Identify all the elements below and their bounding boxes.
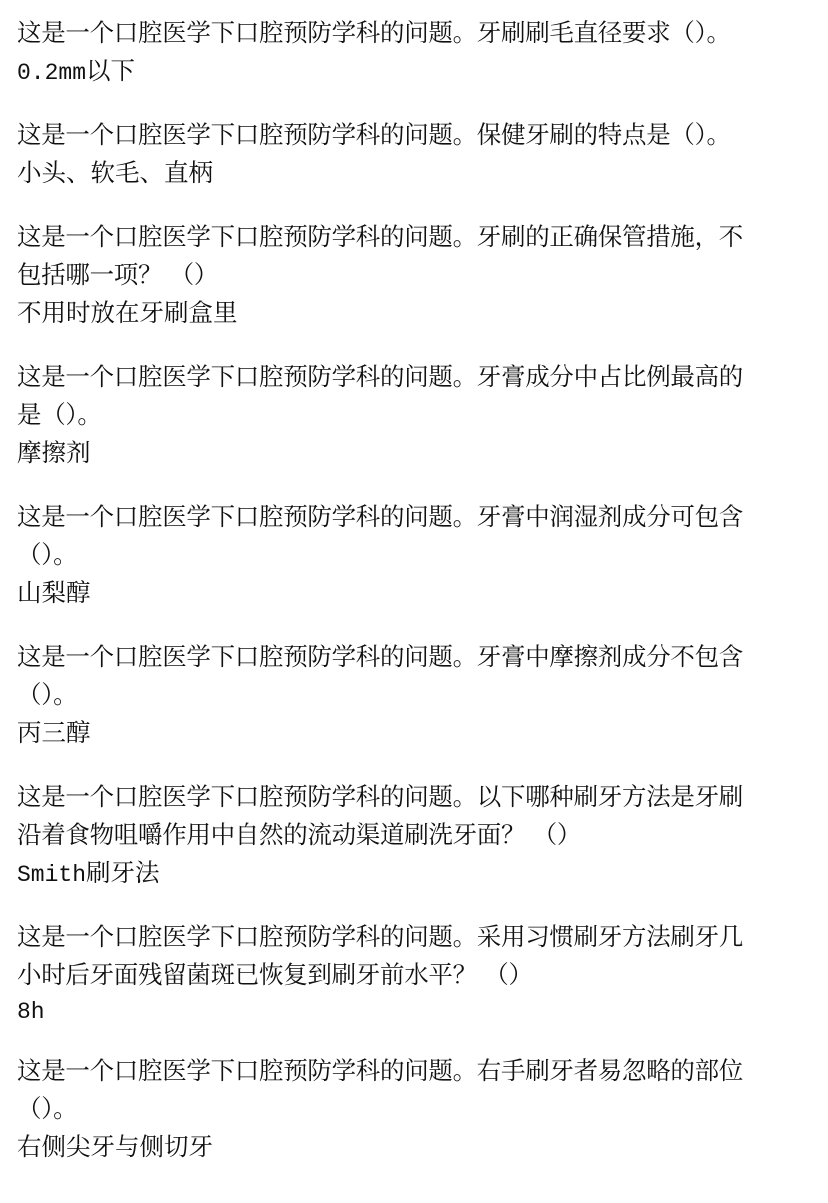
answer-mono-part: 8h bbox=[17, 999, 45, 1025]
spacer bbox=[17, 472, 817, 498]
qa-item-4: 这是一个口腔医学下口腔预防学科的问题。牙膏成分中占比例最高的 是（）。 摩擦剂 bbox=[17, 358, 817, 472]
qa-item-2: 这是一个口腔医学下口腔预防学科的问题。保健牙刷的特点是（）。 小头、软毛、直柄 bbox=[17, 116, 817, 192]
spacer bbox=[17, 892, 817, 918]
question-text: 这是一个口腔医学下口腔预防学科的问题。牙刷的正确保管措施，不 bbox=[17, 218, 817, 256]
answer-text: Smith刷牙法 bbox=[17, 854, 817, 892]
qa-item-3: 这是一个口腔医学下口腔预防学科的问题。牙刷的正确保管措施，不 包括哪一项？ （）… bbox=[17, 218, 817, 332]
qa-item-7: 这是一个口腔医学下口腔预防学科的问题。以下哪种刷牙方法是牙刷 沿着食物咀嚼作用中… bbox=[17, 778, 817, 892]
qa-item-1: 这是一个口腔医学下口腔预防学科的问题。牙刷刷毛直径要求（）。 0.2mm以下 bbox=[17, 14, 817, 90]
question-text-cont: （）。 bbox=[17, 676, 817, 714]
question-text-cont: 小时后牙面残留菌斑已恢复到刷牙前水平？ （） bbox=[17, 956, 817, 994]
spacer bbox=[17, 90, 817, 116]
qa-document: 这是一个口腔医学下口腔预防学科的问题。牙刷刷毛直径要求（）。 0.2mm以下 这… bbox=[17, 14, 817, 1166]
answer-text: 不用时放在牙刷盒里 bbox=[17, 294, 817, 332]
answer-text-part: 小头、软毛、直柄 bbox=[17, 158, 213, 187]
answer-text-part: 山梨醇 bbox=[17, 578, 91, 607]
answer-text-part: 以下 bbox=[86, 56, 135, 85]
answer-text: 丙三醇 bbox=[17, 714, 817, 752]
answer-text-part: 丙三醇 bbox=[17, 718, 91, 747]
answer-text-part: 不用时放在牙刷盒里 bbox=[17, 298, 238, 327]
qa-item-5: 这是一个口腔医学下口腔预防学科的问题。牙膏中润湿剂成分可包含 （）。 山梨醇 bbox=[17, 498, 817, 612]
question-text: 这是一个口腔医学下口腔预防学科的问题。牙膏成分中占比例最高的 bbox=[17, 358, 817, 396]
answer-mono-part: 0.2mm bbox=[17, 60, 86, 86]
question-text: 这是一个口腔医学下口腔预防学科的问题。牙膏中摩擦剂成分不包含 bbox=[17, 638, 817, 676]
question-text: 这是一个口腔医学下口腔预防学科的问题。采用习惯刷牙方法刷牙几 bbox=[17, 918, 817, 956]
answer-text: 8h bbox=[17, 994, 817, 1026]
answer-text: 山梨醇 bbox=[17, 574, 817, 612]
answer-text: 小头、软毛、直柄 bbox=[17, 154, 817, 192]
question-text: 这是一个口腔医学下口腔预防学科的问题。牙刷刷毛直径要求（）。 bbox=[17, 14, 817, 52]
answer-text: 摩擦剂 bbox=[17, 434, 817, 472]
qa-item-6: 这是一个口腔医学下口腔预防学科的问题。牙膏中摩擦剂成分不包含 （）。 丙三醇 bbox=[17, 638, 817, 752]
question-text-cont: 是（）。 bbox=[17, 396, 817, 434]
spacer bbox=[17, 332, 817, 358]
answer-text-part: 刷牙法 bbox=[86, 858, 160, 887]
qa-item-9: 这是一个口腔医学下口腔预防学科的问题。右手刷牙者易忽略的部位 （）。 右侧尖牙与… bbox=[17, 1052, 817, 1166]
answer-text-part: 右侧尖牙与侧切牙 bbox=[17, 1132, 213, 1161]
spacer bbox=[17, 1026, 817, 1052]
spacer bbox=[17, 192, 817, 218]
answer-text: 右侧尖牙与侧切牙 bbox=[17, 1128, 817, 1166]
question-text: 这是一个口腔医学下口腔预防学科的问题。右手刷牙者易忽略的部位 bbox=[17, 1052, 817, 1090]
qa-item-8: 这是一个口腔医学下口腔预防学科的问题。采用习惯刷牙方法刷牙几 小时后牙面残留菌斑… bbox=[17, 918, 817, 1026]
question-text: 这是一个口腔医学下口腔预防学科的问题。保健牙刷的特点是（）。 bbox=[17, 116, 817, 154]
answer-mono-part: Smith bbox=[17, 862, 86, 888]
question-text: 这是一个口腔医学下口腔预防学科的问题。牙膏中润湿剂成分可包含 bbox=[17, 498, 817, 536]
question-text: 这是一个口腔医学下口腔预防学科的问题。以下哪种刷牙方法是牙刷 bbox=[17, 778, 817, 816]
question-text-cont: 包括哪一项？ （） bbox=[17, 256, 817, 294]
question-text-cont: （）。 bbox=[17, 536, 817, 574]
spacer bbox=[17, 752, 817, 778]
answer-text-part: 摩擦剂 bbox=[17, 438, 91, 467]
question-text-cont: （）。 bbox=[17, 1090, 817, 1128]
question-text-cont: 沿着食物咀嚼作用中自然的流动渠道刷洗牙面？ （） bbox=[17, 816, 817, 854]
answer-text: 0.2mm以下 bbox=[17, 52, 817, 90]
spacer bbox=[17, 612, 817, 638]
